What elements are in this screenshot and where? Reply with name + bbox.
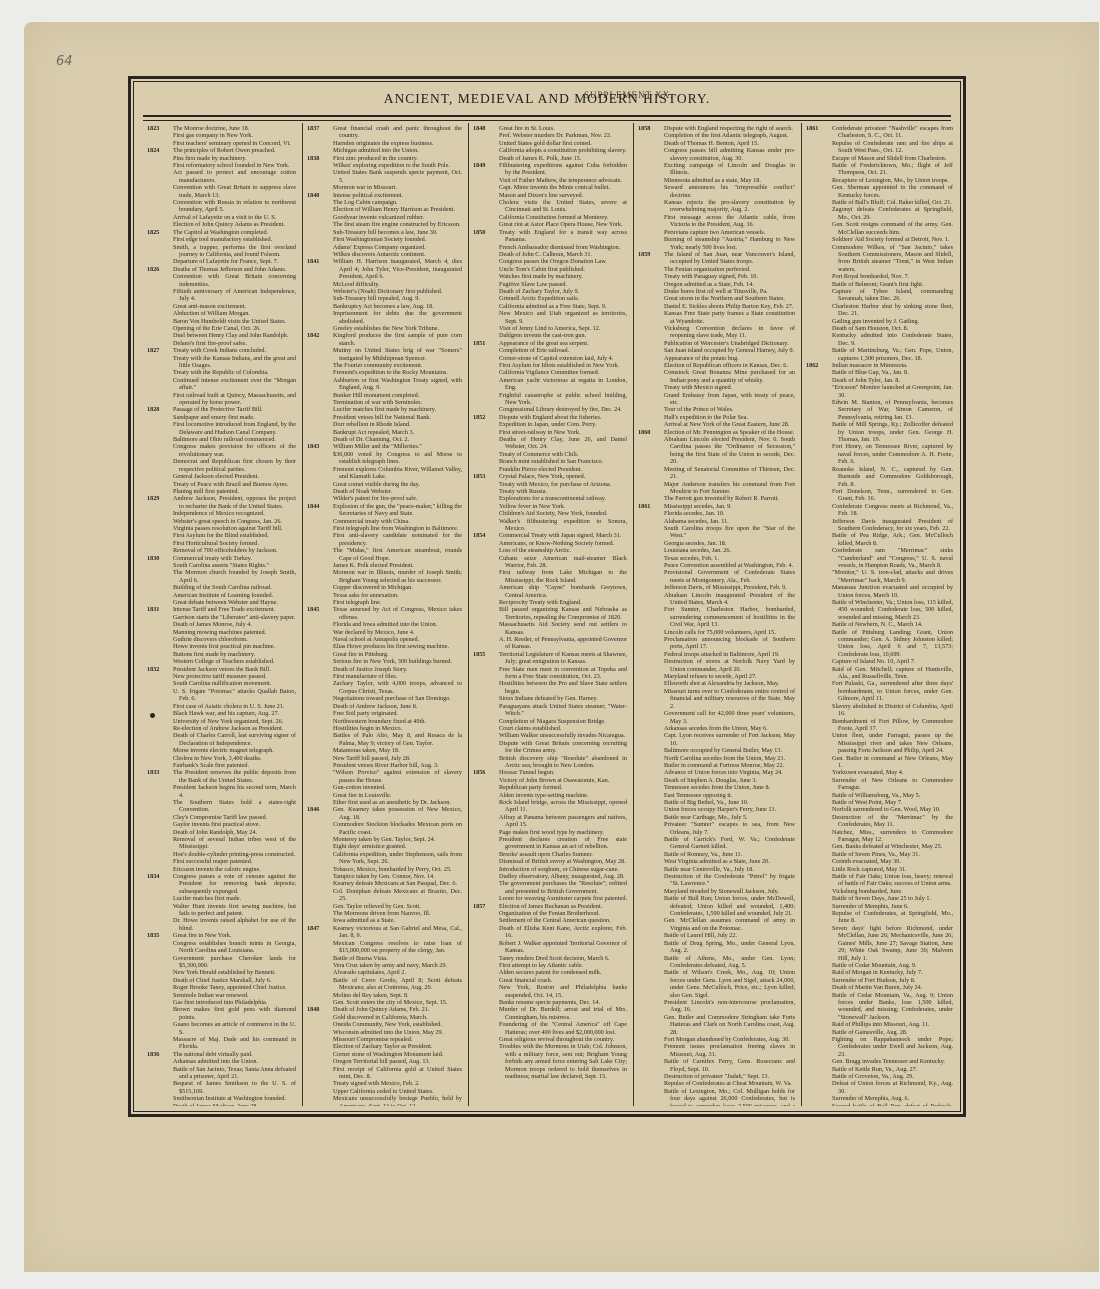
event-text: Brown makes first gold pens with diamond…	[173, 1006, 296, 1021]
event-text: Death of James Monroe, July 4.	[173, 621, 296, 628]
event-text: Battle of Buena Vista.	[333, 955, 462, 962]
event-text: Capture of Tybee Island, commanding Sava…	[832, 288, 953, 303]
event-text: Bill passed organizing Kansas and Nebras…	[499, 606, 627, 621]
event-text: Battle of Big Bethel, Va., June 10.	[664, 799, 795, 806]
event-text: First railroad built at Quincy, Massachu…	[173, 392, 296, 407]
event-text: Arkansas secedes from the Union, May 6.	[664, 725, 795, 732]
event-text: Morse invents electric magnet telegraph.	[173, 747, 296, 754]
event-text: Election of John Quincy Adams as Preside…	[173, 221, 296, 228]
event-text: Gas first introduced into Philadelphia.	[173, 999, 296, 1006]
event-text: Corinth evacuated, May 30.	[832, 858, 953, 865]
event-text: Proclamation announcing blockade of Sout…	[664, 636, 795, 651]
event-text: Explorations for a transcontinental rail…	[499, 495, 627, 502]
event-text: Smithsonian Institute at Washington foun…	[173, 1095, 296, 1102]
event-text: McLeod difficulty.	[333, 281, 462, 288]
event-text: Great debate between Webster and Hayne.	[173, 599, 296, 606]
event-text: Appearance of the potato bug.	[664, 355, 795, 362]
year-entry: 1826Deaths of Thomas Jefferson and John …	[147, 266, 296, 347]
event-text: President vetoes bill for National Bank.	[333, 414, 462, 421]
year-label: 1835	[147, 932, 173, 1051]
year-label: 1861	[638, 503, 664, 1106]
event-text: U. S. frigate "Potomac" attacks Quallah …	[173, 688, 296, 703]
event-text: Affray at Panama between passengers and …	[499, 814, 627, 829]
event-text: Death of Martin Van Buren, July 24.	[832, 984, 953, 991]
year-entry: 1834Congress passes a vote of censure ag…	[147, 873, 296, 932]
event-text: California adopts a constitution prohibi…	[499, 147, 627, 154]
event-text: Appearance of the great sea serpent.	[499, 340, 627, 347]
event-text: Bankruptcy Act becomes a law, Aug. 18.	[333, 303, 462, 310]
event-text: Troubles with the Mormons in Utah; Col. …	[499, 1043, 627, 1080]
chronology-column-3: 1848Great fire in St. Louis.Prof. Webste…	[469, 123, 634, 1106]
event-list: Appearance of the great sea serpent.Comp…	[499, 340, 627, 414]
event-text: Destruction of the Confederate "Petrel" …	[664, 873, 795, 888]
event-text: Arrival of Lafayette on a visit to the U…	[173, 214, 296, 221]
event-text: Congress makes provision for officers of…	[173, 443, 296, 458]
year-label: 1849	[473, 162, 499, 229]
year-label: 1836	[147, 1051, 173, 1106]
event-text: Termination of war with Seminoles.	[333, 399, 462, 406]
event-text: A. H. Reeder, of Pennsylvania, appointed…	[499, 636, 627, 651]
event-text: Escape of Mason and Slidell from Charles…	[832, 155, 953, 162]
event-text: President declares creation of Free stat…	[499, 836, 627, 851]
event-text: Battle of Lexington, Mo.; Col. Mulligan …	[664, 1088, 795, 1106]
event-text: The first steam fire engine constructed …	[333, 221, 462, 228]
event-text: Fairbank's Scale first patented.	[173, 762, 296, 769]
history-table-frame: ANCIENT, MEDIEVAL AND MODERN HISTORY. 18…	[128, 76, 966, 1117]
event-text: William Walker unsuccessfully invades Ni…	[499, 732, 627, 739]
event-text: Monterey taken by Gen. Taylor, Sept. 24.	[333, 836, 462, 843]
event-text: Death of Andrew Jackson, June 8.	[333, 703, 462, 710]
event-list: Deaths of Thomas Jefferson and John Adam…	[173, 266, 296, 347]
event-text: Negotiations toward purchase of San Domi…	[333, 695, 462, 702]
event-text: Maryland refuses to secede, April 27.	[664, 673, 795, 680]
year-label: 1830	[147, 555, 173, 607]
event-text: Rock Island bridge, across the Mississip…	[499, 799, 627, 814]
event-text: Battle of Laurel Hill, July 22.	[664, 932, 795, 939]
event-text: Treaty with England for a transit way ac…	[499, 229, 627, 244]
event-text: Congress passes bill admitting Kansas un…	[664, 147, 795, 162]
year-label: 1834	[147, 873, 173, 932]
event-text: Wilkes' exploring expedition to the Sout…	[333, 162, 462, 169]
event-text: President Jackson begins his second term…	[173, 784, 296, 799]
event-text: Death of James K. Polk, June 15.	[499, 155, 627, 162]
event-text: Death of Thomas H. Benton, April 15.	[664, 140, 795, 147]
event-text: The Mormons driven from Nauvoo, Ill.	[333, 910, 462, 917]
event-text: Government call for 42,000 three years' …	[664, 710, 795, 725]
event-text: Corner stone of Washington Monument laid…	[333, 1051, 462, 1058]
event-text: Opening of the Erie Canal, Oct. 26.	[173, 325, 296, 332]
event-text: Vicksburg Convention declares in favor o…	[664, 325, 795, 340]
event-text: Completion of the first Atlantic telegra…	[664, 132, 795, 139]
event-text: Great fire in St. Louis.	[499, 125, 627, 132]
event-text: Death of Justice Joseph Story.	[333, 666, 462, 673]
event-text: Jefferson Davis inaugurated President of…	[832, 518, 953, 533]
event-text: President Lincoln's non-intercourse proc…	[664, 999, 795, 1014]
event-text: Gen. Butler and Commodore Stringham take…	[664, 1014, 795, 1036]
event-text: Battle of Fredericktown, Mo.; flight of …	[832, 162, 953, 177]
year-label: 1841	[307, 258, 333, 332]
event-text: Surrender of New Orleans to Commodore Fa…	[832, 777, 953, 792]
event-text: Battle of Ball's Bluff; Col. Baker kille…	[832, 199, 953, 206]
event-text: Gen. Bragg invades Tennessee and Kentuck…	[832, 1058, 953, 1065]
event-text: "Wilson Proviso" against extension of sl…	[333, 769, 462, 784]
event-text: Oneida Community, New York, established.	[333, 1021, 462, 1028]
event-list: Dispute with England about the fisheries…	[499, 414, 627, 473]
event-text: The Island of San Juan, near Vancouver's…	[664, 251, 795, 266]
event-text: Comstock Great Bonanza Mine purchased fo…	[664, 369, 795, 384]
event-text: American Institute of Learning founded.	[173, 592, 296, 599]
event-text: Guthrie discovers chloroform.	[173, 636, 296, 643]
event-text: Death of Zachary Taylor, July 9.	[499, 288, 627, 295]
event-text: Texas asks for annexation.	[333, 592, 462, 599]
event-text: Treaty with Russia.	[499, 488, 627, 495]
event-text: Abraham Lincoln inaugurated President of…	[664, 592, 795, 607]
year-entry: 1844Explosion of the gun, the "peace-mak…	[307, 503, 462, 607]
event-text: Introduction of sorghum, or Chinese suga…	[499, 866, 627, 873]
event-text: Treaty with Creek Indians concluded.	[173, 347, 296, 354]
event-text: Serious fire in New York, 300 buildings …	[333, 658, 462, 665]
event-text: Battle of Seven Pines, Va., May 31.	[832, 851, 953, 858]
event-text: Great riot at Astor Place Opera House, N…	[499, 221, 627, 228]
year-entry: 1862Indian massacre in Minnesota.Battle …	[806, 362, 953, 1106]
event-text: Congressional Library destroyed by fire,…	[499, 406, 627, 413]
event-text: First teachers' seminary opened in Conco…	[173, 140, 296, 147]
year-entry: 1843William Miller and the "Millerites."…	[307, 443, 462, 502]
event-text: Commodore Stockton blockades Mexican por…	[333, 821, 462, 836]
event-text: Alden invents type-setting machine.	[499, 792, 627, 799]
event-text: Taney renders Dred Scott decision, March…	[499, 955, 627, 962]
event-text: Gen. Kearney takes possession of New Mex…	[333, 806, 462, 821]
event-text: Deaths of Henry Clay, June 26, and Danie…	[499, 436, 627, 451]
event-text: Battle of Belmont; Grant's first fight.	[832, 281, 953, 288]
event-text: Commercial treaty with China.	[333, 518, 462, 525]
event-text: First reformatory school founded in New …	[173, 162, 296, 169]
event-text: Tampico taken by Gen. Connor, Nov. 14.	[333, 873, 462, 880]
event-text: French Ambassador dismissed from Washing…	[499, 244, 627, 251]
event-text: Passage of the Protective Tariff Bill.	[173, 406, 296, 413]
event-text: Daniel E. Sickles shoots Philip Barton K…	[664, 303, 795, 310]
event-text: Battle of Seven Days, June 25 to July 1.	[832, 895, 953, 902]
year-label: 1844	[307, 503, 333, 607]
event-text: The Fenian organization perfected.	[664, 266, 795, 273]
event-text: Missouri turns over to Confederates enti…	[664, 688, 795, 710]
event-text: General Jackson elected President.	[173, 473, 296, 480]
event-text: Sub-Treasury bill becomes a law, June 30…	[333, 229, 462, 236]
event-text: Advance of Union forces into Virginia, M…	[664, 769, 795, 776]
event-text: Guano becomes an article of commerce in …	[173, 1021, 296, 1036]
year-label: 1826	[147, 266, 173, 347]
event-text: Death of John Quincy Adams, Feb. 21.	[333, 1006, 462, 1013]
event-text: Fremont explores Columbia River, Willame…	[333, 466, 462, 481]
event-text: Georgia secedes, Jan. 18.	[664, 540, 795, 547]
event-text: Death of James Madison, June 28.	[173, 1103, 296, 1106]
event-text: California admitted as a Free State, Sep…	[499, 303, 627, 310]
event-text: Crystal Palace, New York, opened.	[499, 473, 627, 480]
year-label: 1823	[147, 125, 173, 147]
event-text: Seminole Indian war renewed.	[173, 992, 296, 999]
event-text: First attempt to lay Atlantic cable.	[499, 962, 627, 969]
event-text: The principles of Robert Owen preached.	[173, 147, 296, 154]
event-text: Indian massacre in Minnesota.	[832, 362, 953, 369]
event-text: Confederate privateer "Nashville" escape…	[832, 125, 953, 140]
event-text: Convention with Russia in relation to no…	[173, 199, 296, 214]
event-text: Dahlgren invents the cast-iron gun.	[499, 332, 627, 339]
event-text: Recapture of Lexington, Mo., by Union tr…	[832, 177, 953, 184]
event-text: Death of Sam Houston, Oct. 8.	[832, 325, 953, 332]
event-text: Union forces occupy Harper's Ferry, June…	[664, 806, 795, 813]
event-list: Intense Tariff and Free Trade excitement…	[173, 606, 296, 665]
event-list: Crystal Palace, New York, opened.Treaty …	[499, 473, 627, 532]
event-list: Kingford produces the first sample of pu…	[333, 332, 462, 443]
event-text: Fremont issues proclamation freeing slav…	[664, 1043, 795, 1058]
event-text: Treaty signed with Mexico, Feb. 2.	[333, 1080, 462, 1087]
event-text: Organization of the Fenian Brotherhood.	[499, 910, 627, 917]
year-entry: 1829Andrew Jackson, President, opposes t…	[147, 495, 296, 554]
event-text: American ship "Cayne" bombards Greytown,…	[499, 584, 627, 599]
event-text: California expedition, under Stephenson,…	[333, 851, 462, 866]
event-text: Greeley establishes the New York Tribune…	[333, 325, 462, 332]
event-list: Congress passes a vote of censure agains…	[173, 873, 296, 932]
event-list: Passage of the Protective Tariff Bill.Sa…	[173, 406, 296, 495]
event-text: Kingford produces the first sample of pu…	[333, 332, 462, 347]
event-text: Page makes first wood type by machinery.	[499, 829, 627, 836]
year-entry: 1851Appearance of the great sea serpent.…	[473, 340, 627, 414]
event-text: Adams' Express Company organized.	[333, 244, 462, 251]
event-text: Gen. McClellan assumes command of army i…	[664, 917, 795, 932]
event-text: Dispute with England respecting the righ…	[664, 125, 795, 132]
event-text: Wilkes discovers Antarctic continent.	[333, 251, 462, 258]
event-text: Peruvians capture two American vessels.	[664, 229, 795, 236]
event-text: Filibustering expeditions against Cuba f…	[499, 162, 627, 177]
event-text: Kansas Free State party frames a State c…	[664, 310, 795, 325]
event-text: Cholera in New York, 3,400 deaths.	[173, 755, 296, 762]
event-list: Commercial Treaty with Japan signed, Mar…	[499, 532, 627, 651]
event-text: Harnden originates the express business.	[333, 140, 462, 147]
year-entry: 1835Great fire in New York.Congress esta…	[147, 932, 296, 1051]
event-text: Mexican Congress resolves to raise loan …	[333, 940, 462, 955]
event-text: Death of Noah Webster.	[333, 488, 462, 495]
year-entry: 1832President Jackson vetoes the Bank Bi…	[147, 666, 296, 770]
event-text: Battle of Mill Springs, Ky.; Zollicoffer…	[832, 421, 953, 443]
event-text: Dudley observatory, Albany, inaugurated,…	[499, 873, 627, 880]
year-entry: 1853Crystal Palace, New York, opened.Tre…	[473, 473, 627, 532]
event-list: Texas annexed by Act of Congress, Mexico…	[333, 606, 462, 806]
event-text: Seven days' fight before Richmond, under…	[832, 925, 953, 962]
event-text: Elias Howe produces his first sewing mac…	[333, 643, 462, 650]
event-text: Banks resume specie payments, Dec. 14.	[499, 999, 627, 1006]
event-text: United States Bank suspends specie payme…	[333, 169, 462, 184]
year-entry: 1846Gen. Kearney takes possession of New…	[307, 806, 462, 925]
event-text: Walker's filibustering expedition to Son…	[499, 518, 627, 533]
event-text: Wisconsin admitted into the Union, May 2…	[333, 1029, 462, 1036]
year-entry: 1845Texas annexed by Act of Congress, Me…	[307, 606, 462, 806]
event-list: Death of John Quincy Adams, Feb. 21.Gold…	[333, 1006, 462, 1106]
event-text: Vera Cruz taken by army and navy, March …	[333, 962, 462, 969]
event-text: Port Royal bombarded, Nov. 7.	[832, 273, 953, 280]
event-text: Battle of Carrick's Ford, W. Va.; Confed…	[664, 836, 795, 851]
event-text: First Washingtonian Society founded.	[333, 236, 462, 243]
year-label: 1850	[473, 229, 499, 340]
event-text: Battle of Kettle Run, Va., Aug. 27.	[832, 1066, 953, 1073]
event-text: Copper discovered in Michigan.	[333, 584, 462, 591]
year-label: 1837	[307, 125, 333, 155]
event-text: Battle of Cedar Mountain, Va., Aug. 9; U…	[832, 992, 953, 1022]
event-text: California Constitution formed at Monter…	[499, 214, 627, 221]
event-text: Battle of Gainesville, Aug. 28.	[832, 1029, 953, 1036]
chronology-column-4: 1858Dispute with England respecting the …	[634, 123, 802, 1106]
event-text: Arkansas admitted into the Union.	[173, 1058, 296, 1065]
event-text: Confederate Congress meets at Richmond, …	[832, 503, 953, 518]
event-text: British discovery ship "Resolute" abando…	[499, 755, 627, 770]
event-text: Battle of Athens, Mo., under Gen. Lyon; …	[664, 955, 795, 970]
year-label: 1848	[307, 1006, 333, 1106]
event-text: Death of Dr. Channing, Oct. 2.	[333, 436, 462, 443]
event-text: Capture of Island No. 10, April 7.	[832, 658, 953, 665]
event-text: Gen. Banks defeated at Winchester, May 2…	[832, 843, 953, 850]
event-text: Great fire in New York.	[173, 932, 296, 939]
event-text: Repulse of Confederates at Cheat Mountai…	[664, 1080, 795, 1087]
year-label: 1829	[147, 495, 173, 554]
event-text: First Asylum for the Blind established.	[173, 532, 296, 539]
event-text: War declared by Mexico, June 4.	[333, 629, 462, 636]
event-text: Oregon admitted as a State, Feb. 14.	[664, 281, 795, 288]
event-text: Lucifer matches first made by machinery.	[333, 406, 462, 413]
event-list: Great fire in St. Louis.Prof. Webster mu…	[499, 125, 627, 162]
event-text: Convention with Great Britain to suppres…	[173, 184, 296, 199]
year-label: 1845	[307, 606, 333, 806]
event-text: Louisiana secedes, Jan. 26.	[664, 547, 795, 554]
event-text: Abduction of William Morgan.	[173, 310, 296, 317]
event-text: Expedition to Japan, under Com. Perry.	[499, 421, 627, 428]
event-list: Explosion of the gun, the "peace-maker,"…	[333, 503, 462, 607]
event-text: Election of Zachary Taylor as President.	[333, 1043, 462, 1050]
event-text: Abraham Lincoln elected President, Nov. …	[664, 436, 795, 466]
event-text: Battle of Cerro Gordo, April 8; Scott de…	[333, 977, 462, 992]
event-text: First street-railway in New York.	[499, 429, 627, 436]
event-text: Great financial crash.	[499, 977, 627, 984]
event-text: Battle of Winchester, Va.; Union loss, 1…	[832, 599, 953, 621]
event-text: Great financial crash and panic througho…	[333, 125, 462, 140]
event-text: Tour of the Prince of Wales.	[664, 406, 795, 413]
event-text: Fort Henry, on Tennessee River, captured…	[832, 443, 953, 465]
event-list: Mississippi secedes, Jan. 9.Florida sece…	[664, 503, 795, 1106]
event-text: Americans, or Know-Nothing Society forme…	[499, 540, 627, 547]
event-text: Convention with Great Britain concerning…	[173, 273, 296, 288]
event-text: Destruction of privateer "Judah," Sept. …	[664, 1073, 795, 1080]
event-text: The government purchases the "Resolute";…	[499, 880, 627, 895]
event-text: Removal of several Indian tribes west of…	[173, 836, 296, 851]
event-text: Battle of Romney, Va., June 11.	[664, 851, 795, 858]
event-text: San Juan island occupied by General Harn…	[664, 347, 795, 354]
event-text: Bombardment of Fort Pillow, by Commodore…	[832, 718, 953, 733]
event-text: Battle of Pittsburg Landing; Grant, Unio…	[832, 629, 953, 659]
event-text: Exciting campaign of Lincoln and Douglas…	[664, 162, 795, 177]
event-text: Texas annexed by Act of Congress, Mexico…	[333, 606, 462, 621]
year-entry: 1831Intense Tariff and Free Trade excite…	[147, 606, 296, 665]
event-text: Destruction of stores at Norfolk Navy Ya…	[664, 658, 795, 673]
year-label: 1824	[147, 147, 173, 228]
event-text: Bequest of James Smithson to the U. S. o…	[173, 1080, 296, 1095]
event-text: Repulse of Confederate ram and fire ship…	[832, 140, 953, 155]
event-list: The Island of San Juan, near Vancouver's…	[664, 251, 795, 429]
event-text: Raid of Morgan in Kentucky, July 7.	[832, 969, 953, 976]
event-text: Battles of Palo Alto, May 8, and Resaca …	[333, 732, 462, 747]
event-text: Mormon war in Illinois, murder of Joseph…	[333, 569, 462, 584]
year-label: 1825	[147, 229, 173, 266]
year-entry: 1824The principles of Robert Owen preach…	[147, 147, 296, 228]
event-text: Mormon war in Missouri.	[333, 184, 462, 191]
event-text: Manassas Junction evacuated and occupied…	[832, 584, 953, 599]
event-text: North Carolina secedes from the Union, M…	[664, 755, 795, 762]
year-label: 1828	[147, 406, 173, 495]
event-text: Great comet visible during the day.	[333, 481, 462, 488]
year-label: 1846	[307, 806, 333, 925]
event-text: Minnesota admitted as a state, May 18.	[664, 177, 795, 184]
event-list: Election of Mr. Pennington as Speaker of…	[664, 429, 795, 503]
event-text: Roanoke Island, N. C., captured by Gen. …	[832, 466, 953, 488]
event-text: Grinnell Arctic Expedition sails.	[499, 295, 627, 302]
event-text: Treaty of Peace with Brazil and Buenos A…	[173, 481, 296, 488]
event-text: Watches first made by machinery.	[499, 273, 627, 280]
event-text: Election of Republican officers in Kansa…	[664, 362, 795, 369]
event-text: First locomotive introduced from England…	[173, 421, 296, 436]
event-text: Northwestern boundary fixed at 49th.	[333, 718, 462, 725]
event-text: Yellow fever in New York.	[499, 503, 627, 510]
event-text: Children's Aid Society, New York, founde…	[499, 510, 627, 517]
event-text: Kearney victorious at San Gabriel and Me…	[333, 925, 462, 940]
event-text: Wilder's patent for fire-proof safe.	[333, 495, 462, 502]
event-text: Missouri Compromise repealed.	[333, 1036, 462, 1043]
event-text: Battle of Blue Gap, Va., Jan. 8.	[832, 369, 953, 376]
event-text: Charleston Harbor shut by sinking stone …	[832, 303, 953, 318]
event-text: Raid of Gen. Mitchell; capture of Huntsv…	[832, 666, 953, 681]
event-text: Buttons first made by machinery.	[173, 651, 296, 658]
event-text: Pins first made by machinery.	[173, 155, 296, 162]
event-text: Paraguayans attack United States steamer…	[499, 703, 627, 718]
event-list: Treaty with Creek Indians concluded.Trea…	[173, 347, 296, 406]
event-text: Dorr rebellion in Rhode Island.	[333, 421, 462, 428]
event-text: Hostilities begin in Mexico.	[333, 725, 462, 732]
event-text: Naval school at Annapolis opened.	[333, 636, 462, 643]
event-text: Fort Morgan abandoned by Confederates, A…	[664, 1036, 795, 1043]
event-list: The national debt virtually paid.Arkansa…	[173, 1051, 296, 1106]
event-text: Sioux Indians defeated by Gen. Harney.	[499, 695, 627, 702]
event-text: Hall's expedition to the Polar Sea.	[664, 414, 795, 421]
chronology-column-1: 1823The Monroe doctrine, June 18.First g…	[143, 123, 303, 1106]
year-entry: 1847Kearney victorious at San Gabriel an…	[307, 925, 462, 1006]
event-text: Fiftieth anniversary of American Indepen…	[173, 288, 296, 303]
event-text: Fremont's expedition to the Rocky Mounta…	[333, 369, 462, 376]
event-text: Texas secedes, Feb. 1.	[664, 555, 795, 562]
event-text: Deaths of Thomas Jefferson and John Adam…	[173, 266, 296, 273]
event-text: Court claims established.	[499, 725, 627, 732]
event-text: Drake bores first oil well at Titusville…	[664, 288, 795, 295]
event-text: American yacht victorious at regatta in …	[499, 377, 627, 392]
event-text: Norfolk surrendered to Gen. Wool, May 10…	[832, 806, 953, 813]
chronology-column-5: 1861Confederate privateer "Nashville" es…	[802, 123, 959, 1106]
year-label: 1843	[307, 443, 333, 502]
year-entry: 1859The Island of San Juan, near Vancouv…	[638, 251, 795, 429]
event-list: Kearney victorious at San Gabriel and Me…	[333, 925, 462, 1006]
event-text: New Mexico and Utah organized as territo…	[499, 310, 627, 325]
event-text: Fort Pulaski, Ga., surrendered after thr…	[832, 680, 953, 702]
year-label: 1858	[638, 125, 664, 251]
event-text: Battle of West Point, May 7.	[832, 799, 953, 806]
event-text: Surrender of Fort Hudson, July 8.	[832, 977, 953, 984]
event-text: Kansas rejects the pro-slavery constitut…	[664, 199, 795, 214]
event-text: Yorktown evacuated, May 4.	[832, 769, 953, 776]
event-text: Death of John C. Calhoun, March 31.	[499, 251, 627, 258]
